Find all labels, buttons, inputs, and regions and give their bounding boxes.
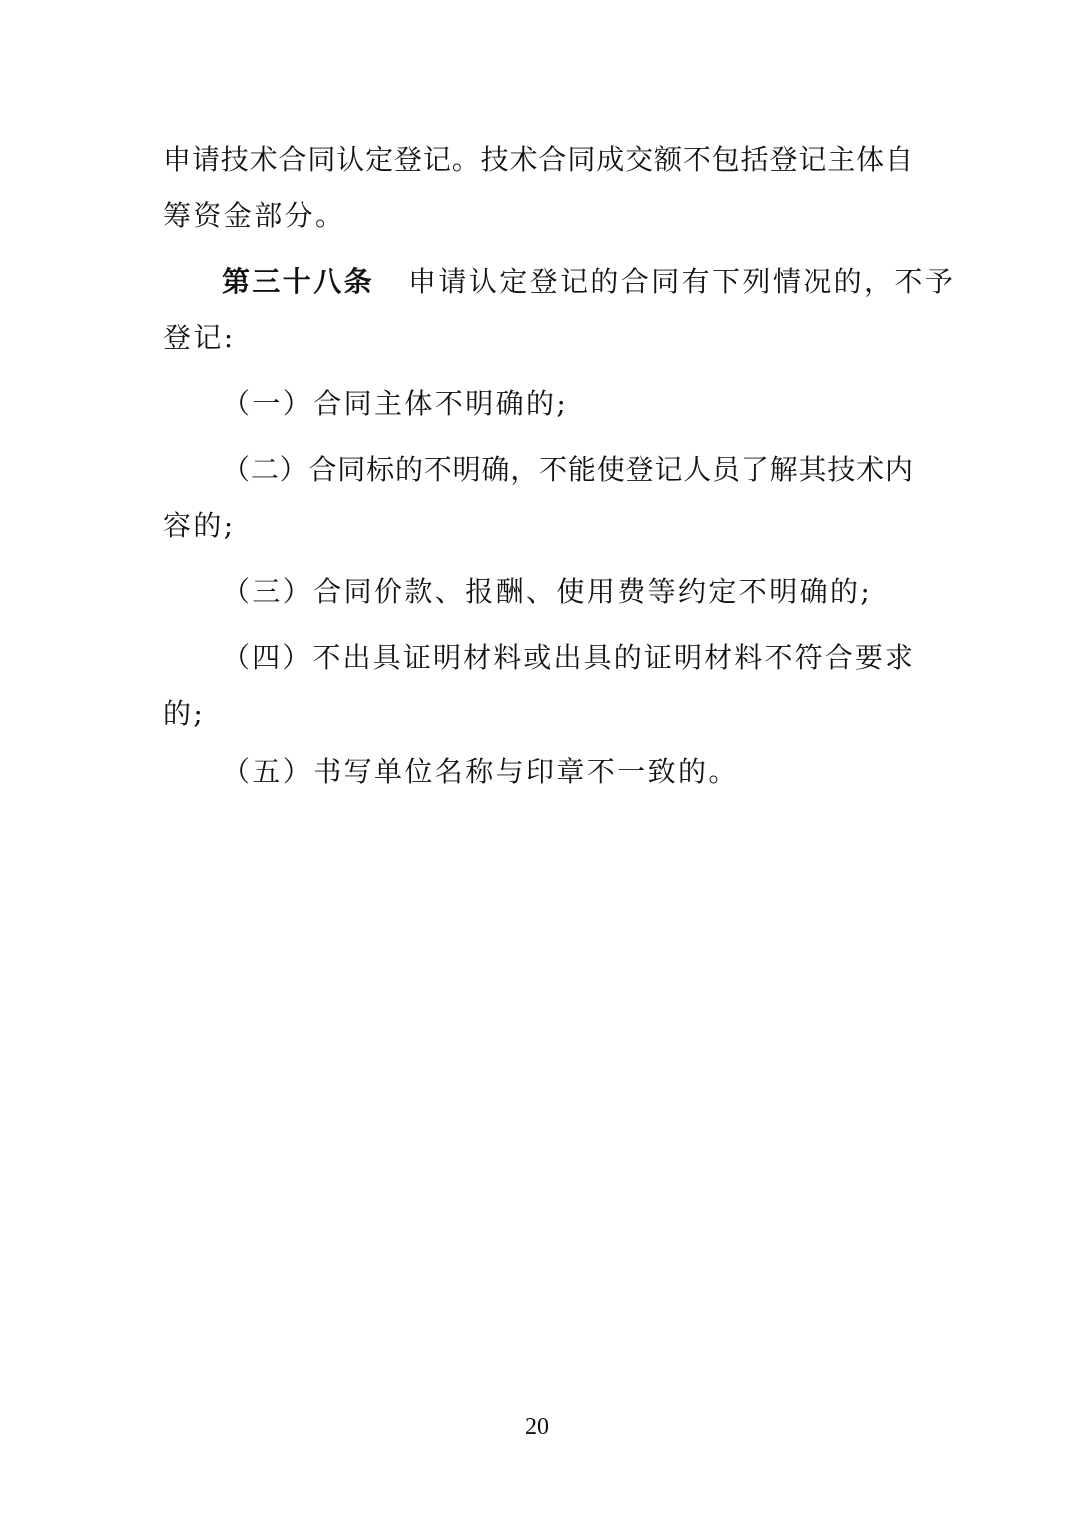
list-item-continuation: 容的; <box>163 506 913 546</box>
document-page: 申请技术合同认定登记。技术合同成交额不包括登记主体自 筹资金部分。 第三十八条申… <box>0 0 1074 1520</box>
paragraph-line: 筹资金部分。 <box>163 196 913 236</box>
list-item: （五）书写单位名称与印章不一致的。 <box>222 752 913 792</box>
list-item: （四）不出具证明材料或出具的证明材料不符合要求 <box>222 638 913 678</box>
page-number: 20 <box>0 1412 1074 1442</box>
list-item: （二）合同标的不明确，不能使登记人员了解其技术内 <box>222 450 913 490</box>
paragraph-line: 申请技术合同认定登记。技术合同成交额不包括登记主体自 <box>163 140 913 180</box>
paragraph-line: 登记: <box>163 318 913 358</box>
article-38-line: 第三十八条申请认定登记的合同有下列情况的，不予 <box>222 262 913 302</box>
article-heading: 第三十八条 <box>222 265 374 298</box>
list-item: （一）合同主体不明确的; <box>222 384 913 424</box>
list-item: （三）合同价款、报酬、使用费等约定不明确的; <box>222 572 913 612</box>
list-item-continuation: 的; <box>163 694 913 734</box>
article-text: 申请认定登记的合同有下列情况的，不予 <box>408 265 955 298</box>
